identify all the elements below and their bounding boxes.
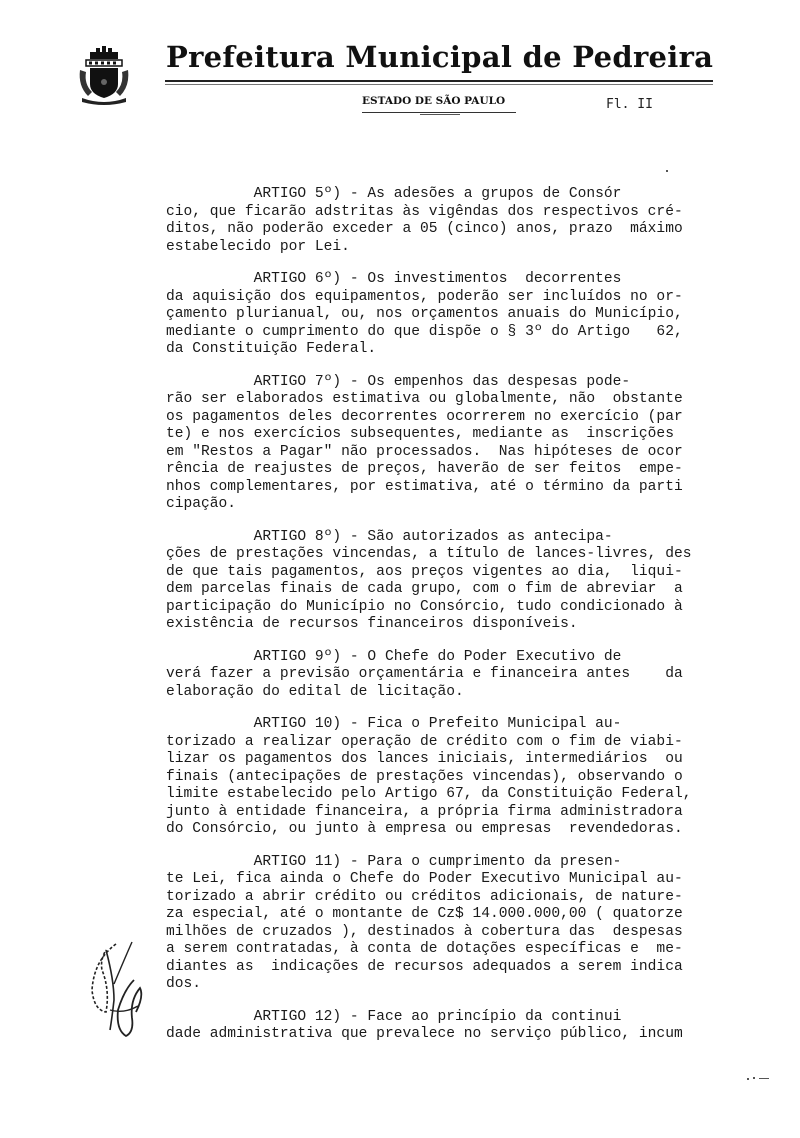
text-line: rência de reajustes de preços, haverão d…: [166, 461, 731, 479]
text-line: çamento plurianual, ou, nos orçamentos a…: [166, 306, 731, 324]
text-line: torizado a realizar operação de crédito …: [166, 734, 731, 752]
text-line: torizado a abrir crédito ou créditos adi…: [166, 889, 731, 907]
document-body: ARTIGO 5º) - As adesões a grupos de Cons…: [166, 186, 731, 1059]
text-line: cipação.: [166, 496, 731, 514]
text-line: te) e nos exercícios subsequentes, media…: [166, 426, 731, 444]
text-line: ARTIGO 12) - Face ao princípio da contin…: [166, 1009, 731, 1027]
state-underline: [362, 112, 516, 113]
coat-of-arms-icon: [76, 46, 132, 106]
text-line: junto à entidade financeira, a própria f…: [166, 804, 731, 822]
text-line: do Consórcio, ou junto à empresa ou empr…: [166, 821, 731, 839]
text-line: ARTIGO 9º) - O Chefe do Poder Executivo …: [166, 649, 731, 667]
article-6: ARTIGO 6º) - Os investimentos decorrente…: [166, 271, 731, 359]
text-line: da aquisição dos equipamentos, poderão s…: [166, 289, 731, 307]
text-line: lizar os pagamentos dos lances iniciais,…: [166, 751, 731, 769]
text-line: za especial, até o montante de Cz$ 14.00…: [166, 906, 731, 924]
text-line: nhos complementares, por estimativa, até…: [166, 479, 731, 497]
text-line: ARTIGO 7º) - Os empenhos das despesas po…: [166, 374, 731, 392]
text-line: os pagamentos deles decorrentes ocorrere…: [166, 409, 731, 427]
text-line: ARTIGO 10) - Fica o Prefeito Municipal a…: [166, 716, 731, 734]
text-line: ARTIGO 5º) - As adesões a grupos de Cons…: [166, 186, 731, 204]
text-line: em "Restos a Pagar" não processados. Nas…: [166, 444, 731, 462]
text-line: elaboração do edital de licitação.: [166, 684, 731, 702]
article-8: ARTIGO 8º) - São autorizados as antecipa…: [166, 529, 731, 634]
text-line: mediante o cumprimento do que dispõe o §…: [166, 324, 731, 342]
text-line: milhões de cruzados ), destinados à cobe…: [166, 924, 731, 942]
text-line: limite estabelecido pelo Artigo 67, da C…: [166, 786, 731, 804]
title-underline-thin: [165, 84, 713, 85]
article-9: ARTIGO 9º) - O Chefe do Poder Executivo …: [166, 649, 731, 702]
handwritten-signature-icon: [84, 940, 154, 1040]
article-10: ARTIGO 10) - Fica o Prefeito Municipal a…: [166, 716, 731, 839]
text-line: dade administrativa que prevalece no ser…: [166, 1026, 731, 1044]
page-title: Prefeitura Municipal de Pedreira: [166, 40, 713, 74]
folio-number: Fl. II: [606, 97, 653, 112]
text-line: de que tais pagamentos, aos preços vigen…: [166, 564, 731, 582]
text-line: dem parcelas finais de cada grupo, com o…: [166, 581, 731, 599]
text-line: ARTIGO 11) - Para o cumprimento da prese…: [166, 854, 731, 872]
scan-artifact: [666, 170, 668, 172]
text-line: ções de prestações vincendas, a título d…: [166, 546, 731, 564]
title-underline: [165, 80, 713, 82]
article-7: ARTIGO 7º) - Os empenhos das despesas po…: [166, 374, 731, 514]
document-page: Prefeitura Municipal de Pedreira ESTADO …: [0, 0, 800, 1138]
text-line: finais (antecipações de prestações vince…: [166, 769, 731, 787]
text-line: ditos, não poderão exceder a 05 (cinco) …: [166, 221, 731, 239]
text-line: verá fazer a previsão orçamentária e fin…: [166, 666, 731, 684]
text-line: rão ser elaborados estimativa ou globalm…: [166, 391, 731, 409]
article-12: ARTIGO 12) - Face ao princípio da contin…: [166, 1009, 731, 1044]
text-line: ARTIGO 6º) - Os investimentos decorrente…: [166, 271, 731, 289]
scan-artifact: [745, 1068, 785, 1088]
text-line: participação do Município no Consórcio, …: [166, 599, 731, 617]
text-line: ARTIGO 8º) - São autorizados as antecipa…: [166, 529, 731, 547]
text-line: a serem contratadas, à conta de dotações…: [166, 941, 731, 959]
text-line: da Constituição Federal.: [166, 341, 731, 359]
text-line: existência de recursos financeiros dispo…: [166, 616, 731, 634]
scan-artifact: [470, 548, 472, 550]
text-line: diantes as indicações de recursos adequa…: [166, 959, 731, 977]
article-11: ARTIGO 11) - Para o cumprimento da prese…: [166, 854, 731, 994]
text-line: te Lei, fica ainda o Chefe do Poder Exec…: [166, 871, 731, 889]
text-line: estabelecido por Lei.: [166, 239, 731, 257]
article-5: ARTIGO 5º) - As adesões a grupos de Cons…: [166, 186, 731, 256]
state-underline-accent: [420, 114, 460, 115]
text-line: dos.: [166, 976, 731, 994]
text-line: cio, que ficarão adstritas às vigêndas d…: [166, 204, 731, 222]
state-subtitle: ESTADO DE SÃO PAULO: [362, 95, 505, 107]
